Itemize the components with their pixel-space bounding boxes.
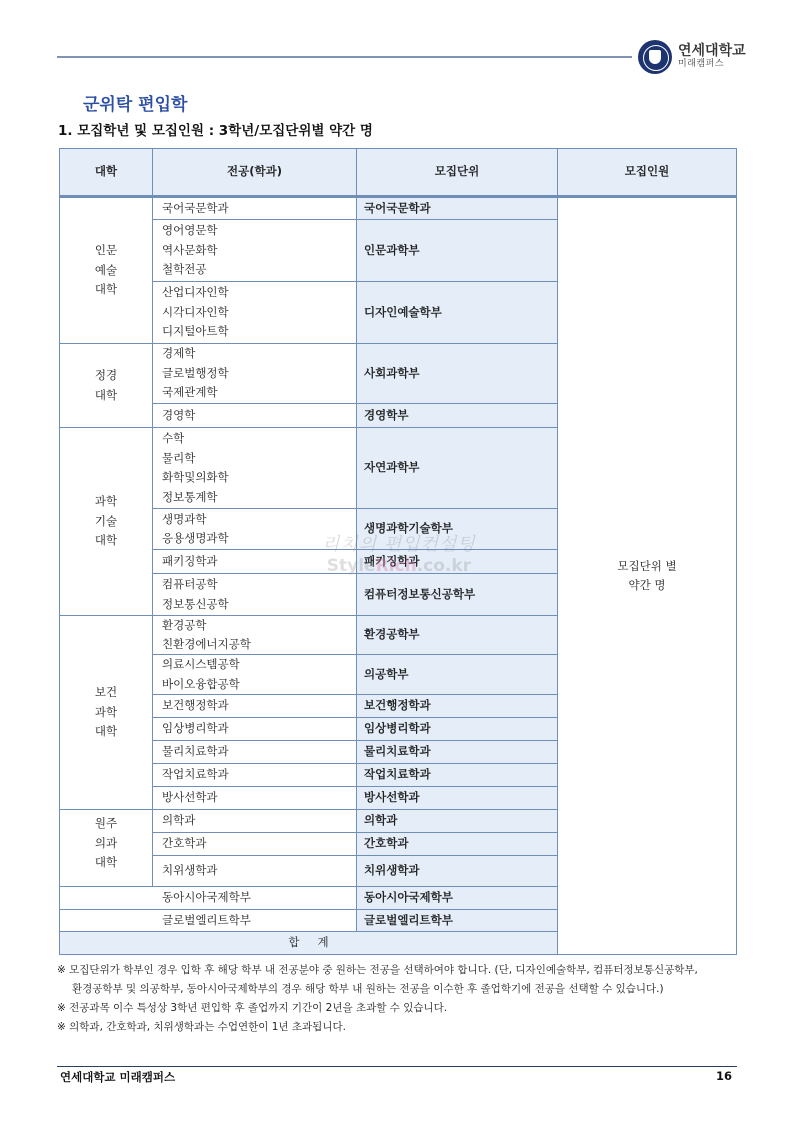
college-cell: 보건 과학 대학	[59, 615, 153, 810]
major-cell: 영어영문학 역사문화학 철학전공	[152, 219, 357, 282]
major-name: 경영학	[162, 406, 195, 426]
major-name: 시각디자인학	[162, 303, 229, 323]
unit-cell: 방사선학과	[356, 786, 558, 810]
recruitment-count-cell: 모집단위 별 약간 명	[557, 195, 737, 955]
major-cell: 산업디자인학 시각디자인학 디지털아트학	[152, 281, 357, 344]
logo-main-text: 연세대학교	[678, 44, 746, 59]
unit-cell: 환경공학부	[356, 615, 558, 655]
unit-cell: 임상병리학과	[356, 717, 558, 741]
major-name: 국제관계학	[162, 383, 218, 403]
unit-cell: 물리치료학과	[356, 740, 558, 764]
major-name: 생명과학	[162, 510, 206, 530]
note-line: ※ 모집단위가 학부인 경우 입학 후 해당 학부 내 전공분야 중 원하는 전…	[57, 961, 698, 980]
major-cell: 임상병리학과	[152, 717, 357, 741]
count-line: 모집단위 별	[617, 557, 676, 577]
major-name: 경제학	[162, 344, 195, 364]
major-cell: 글로벌엘리트학부	[59, 909, 357, 932]
count-line: 약간 명	[629, 576, 666, 596]
unit-cell: 패키징학과	[356, 549, 558, 574]
note-line: 환경공학부 및 의공학부, 동아시아국제학부의 경우 해당 학부 내 원하는 전…	[57, 980, 698, 999]
college-cell: 원주 의과 대학	[59, 809, 153, 887]
note-line: ※ 전공과목 이수 특성상 3학년 편입학 후 졸업까지 기간이 2년을 초과할…	[57, 999, 698, 1018]
unit-cell: 자연과학부	[356, 427, 558, 509]
college-name-line: 대학	[95, 722, 117, 742]
major-name: 정보통신공학	[162, 595, 229, 615]
major-name: 물리치료학과	[162, 742, 229, 762]
college-name-line: 대학	[95, 386, 117, 406]
major-name: 정보통계학	[162, 488, 218, 508]
unit-cell: 국어국문학과	[356, 195, 558, 220]
college-cell: 과학 기술 대학	[59, 427, 153, 616]
column-header-count: 모집인원	[557, 148, 737, 196]
major-cell: 보건행정학과	[152, 694, 357, 718]
major-cell: 작업치료학과	[152, 763, 357, 787]
unit-cell: 글로벌엘리트학부	[356, 909, 558, 932]
major-name: 친환경에너지공학	[162, 635, 251, 655]
major-name: 치위생학과	[162, 861, 218, 881]
major-name: 작업치료학과	[162, 765, 229, 785]
college-name-line: 과학	[95, 703, 117, 723]
college-name-line: 기술	[95, 512, 117, 532]
major-name: 방사선학과	[162, 788, 218, 808]
major-name: 컴퓨터공학	[162, 575, 218, 595]
college-name-line: 원주	[95, 814, 117, 834]
major-name: 임상병리학과	[162, 719, 229, 739]
major-cell: 패키징학과	[152, 549, 357, 574]
major-cell: 의료시스템공학 바이오융합공학	[152, 654, 357, 695]
university-seal-icon	[638, 40, 672, 74]
unit-cell: 경영학부	[356, 403, 558, 428]
major-name: 간호학과	[162, 834, 206, 854]
column-header-major: 전공(학과)	[152, 148, 357, 196]
college-name-line: 대학	[95, 853, 117, 873]
page-number: 16	[716, 1069, 732, 1083]
major-name: 디지털아트학	[162, 322, 229, 342]
major-name: 동아시아국제학부	[162, 888, 251, 908]
major-name: 의료시스템공학	[162, 655, 240, 675]
major-name: 역사문화학	[162, 241, 218, 261]
major-name: 패키징학과	[162, 552, 218, 572]
header-rule	[57, 56, 632, 58]
unit-cell: 간호학과	[356, 832, 558, 856]
college-name-line: 인문	[95, 241, 117, 261]
major-cell: 수학 물리학 화학및의화학 정보통계학	[152, 427, 357, 509]
college-name-line: 의과	[95, 834, 117, 854]
college-name-line: 예술	[95, 261, 117, 281]
unit-cell: 치위생학과	[356, 855, 558, 887]
college-name-line: 과학	[95, 492, 117, 512]
major-name: 영어영문학	[162, 221, 218, 241]
major-cell: 경제학 글로벌행정학 국제관계학	[152, 343, 357, 404]
column-header-unit: 모집단위	[356, 148, 558, 196]
major-name: 글로벌엘리트학부	[162, 911, 251, 931]
major-name: 산업디자인학	[162, 283, 229, 303]
major-cell: 환경공학 친환경에너지공학	[152, 615, 357, 655]
logo-sub-text: 미래캠퍼스	[678, 60, 746, 70]
column-header-college: 대학	[59, 148, 153, 196]
college-cell: 인문 예술 대학	[59, 195, 153, 344]
major-cell: 물리치료학과	[152, 740, 357, 764]
major-name: 철학전공	[162, 260, 206, 280]
major-name: 수학	[162, 429, 184, 449]
major-name: 글로벌행정학	[162, 364, 229, 384]
subtitle: 1. 모집학년 및 모집인원 : 3학년/모집단위별 약간 명	[58, 119, 373, 139]
college-name-line: 대학	[95, 280, 117, 300]
major-name: 의학과	[162, 811, 195, 831]
college-name-line: 정경	[95, 366, 117, 386]
major-cell: 동아시아국제학부	[59, 886, 357, 910]
major-cell: 컴퓨터공학 정보통신공학	[152, 573, 357, 616]
major-name: 응용생명과학	[162, 529, 229, 549]
note-line: ※ 의학과, 간호학과, 치위생학과는 수업연한이 1년 초과됩니다.	[57, 1018, 698, 1037]
university-logo: 연세대학교 미래캠퍼스	[638, 40, 746, 74]
college-cell: 정경 대학	[59, 343, 153, 428]
unit-cell: 사회과학부	[356, 343, 558, 404]
college-name-line: 보건	[95, 683, 117, 703]
major-cell: 의학과	[152, 809, 357, 833]
total-row: 합계	[59, 931, 558, 955]
major-cell: 치위생학과	[152, 855, 357, 887]
major-name: 환경공학	[162, 616, 206, 636]
unit-cell: 생명과학기술학부	[356, 508, 558, 550]
unit-cell: 디자인예술학부	[356, 281, 558, 344]
major-name: 국어국문학과	[162, 199, 229, 219]
unit-cell: 동아시아국제학부	[356, 886, 558, 910]
unit-cell: 작업치료학과	[356, 763, 558, 787]
footer-institution: 연세대학교 미래캠퍼스	[60, 1069, 175, 1085]
footer-rule	[57, 1066, 737, 1067]
unit-cell: 의학과	[356, 809, 558, 833]
major-cell: 국어국문학과	[152, 195, 357, 220]
major-cell: 방사선학과	[152, 786, 357, 810]
unit-cell: 보건행정학과	[356, 694, 558, 718]
unit-cell: 컴퓨터정보통신공학부	[356, 573, 558, 616]
major-cell: 생명과학 응용생명과학	[152, 508, 357, 550]
section-title: 군위탁 편입학	[83, 90, 187, 115]
notes: ※ 모집단위가 학부인 경우 입학 후 해당 학부 내 전공분야 중 원하는 전…	[57, 961, 698, 1037]
major-name: 물리학	[162, 449, 195, 469]
major-name: 보건행정학과	[162, 696, 229, 716]
unit-cell: 인문과학부	[356, 219, 558, 282]
major-name: 화학및의화학	[162, 468, 229, 488]
major-cell: 경영학	[152, 403, 357, 428]
major-name: 바이오융합공학	[162, 675, 240, 695]
major-cell: 간호학과	[152, 832, 357, 856]
unit-cell: 의공학부	[356, 654, 558, 695]
college-name-line: 대학	[95, 531, 117, 551]
